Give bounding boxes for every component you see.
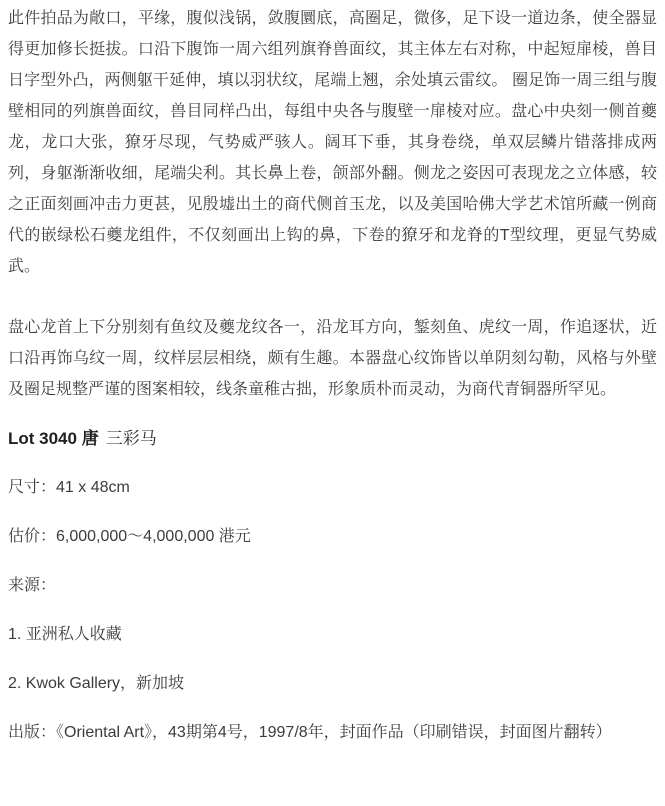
provenance-label: 来源： [8, 570, 657, 601]
publication-line: 出版：《Oriental Art》，43期第4号，1997/8年，封面作品（印刷… [8, 717, 657, 748]
lot-description-paragraph-2: 盘心龙首上下分别刻有鱼纹及夔龙纹各一，沿龙耳方向，錾刻鱼、虎纹一周，作追逐状，近… [8, 312, 657, 405]
provenance-item-1: 1. 亚洲私人收藏 [8, 619, 657, 650]
lot-description-paragraph-1: 此件拍品为敞口，平缘，腹似浅锅，敛腹圜底，高圈足，微侈，足下设一道边条，使全器显… [8, 3, 657, 282]
lot-number-and-dynasty: Lot 3040 唐 [8, 429, 99, 448]
lot-size-line: 尺寸：41 x 48cm [8, 472, 657, 503]
auction-lot-article: 此件拍品为敞口，平缘，腹似浅锅，敛腹圜底，高圈足，微侈，足下设一道边条，使全器显… [8, 3, 657, 748]
lot-heading: Lot 3040 唐三彩马 [8, 423, 657, 454]
lot-title: 三彩马 [106, 429, 157, 448]
lot-estimate-line: 估价：6,000,000～4,000,000 港元 [8, 521, 657, 552]
provenance-item-2: 2. Kwok Gallery，新加坡 [8, 668, 657, 699]
